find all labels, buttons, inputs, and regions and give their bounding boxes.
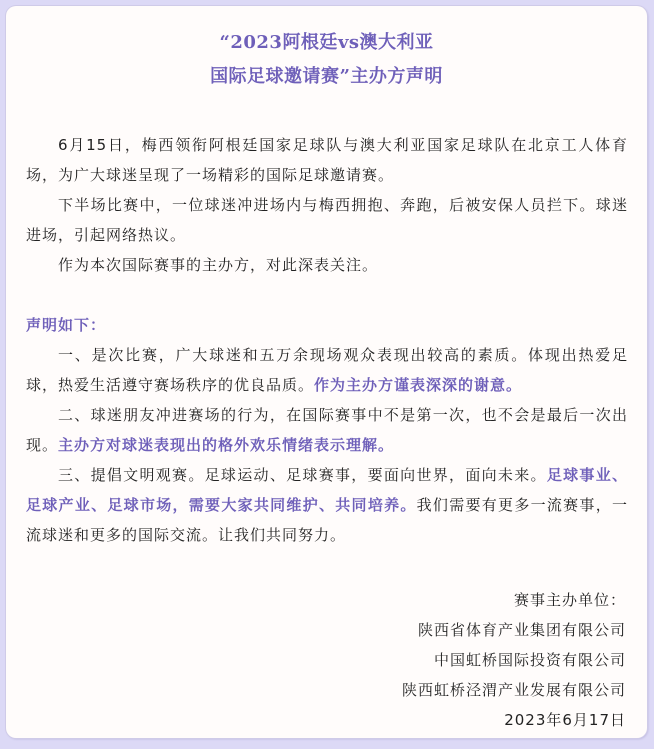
title-line-2: 国际足球邀请赛”主办方声明 xyxy=(6,62,647,88)
statement-item-1: 一、是次比赛，广大球迷和五万余现场观众表现出较高的素质。体现出热爱足球，热爱生活… xyxy=(26,340,628,400)
intro-paragraph-1: 6月15日，梅西领衔阿根廷国家足球队与澳大利亚国家足球队在北京工人体育场，为广大… xyxy=(26,130,628,190)
signature-label: 赛事主办单位： xyxy=(402,585,626,615)
intro-paragraph-3: 作为本次国际赛事的主办方，对此深表关注。 xyxy=(26,250,628,280)
statement-body: 6月15日，梅西领衔阿根廷国家足球队与澳大利亚国家足球队在北京工人体育场，为广大… xyxy=(26,130,628,550)
statement-item-3-text: 三、提倡文明观赛。足球运动、足球赛事，要面向世界，面向未来。 xyxy=(58,466,547,484)
organizer-2: 中国虹桥国际投资有限公司 xyxy=(402,645,626,675)
title-year: 2023 xyxy=(230,32,282,53)
title-open-quote: “ xyxy=(219,32,230,53)
organizer-3: 陕西虹桥泾渭产业发展有限公司 xyxy=(402,675,626,705)
statement-card: “2023阿根廷vs澳大利亚 国际足球邀请赛”主办方声明 6月15日，梅西领衔阿… xyxy=(6,6,647,738)
title-team-b: 澳大利亚 xyxy=(360,32,434,53)
intro-date: 6月15日 xyxy=(58,136,125,154)
title-line-1: “2023阿根廷vs澳大利亚 xyxy=(6,28,647,54)
title-vs: vs xyxy=(338,32,360,53)
statement-item-2-highlight: 主办方对球迷表现出的格外欢乐情绪表示理解。 xyxy=(58,436,394,454)
statement-item-1-highlight: 作为主办方谨表深深的谢意。 xyxy=(314,376,522,394)
signature-block: 赛事主办单位： 陕西省体育产业集团有限公司 中国虹桥国际投资有限公司 陕西虹桥泾… xyxy=(402,585,626,735)
organizer-1: 陕西省体育产业集团有限公司 xyxy=(402,615,626,645)
signature-date: 2023年6月17日 xyxy=(402,705,626,735)
statement-item-3: 三、提倡文明观赛。足球运动、足球赛事，要面向世界，面向未来。足球事业、足球产业、… xyxy=(26,460,628,550)
statement-item-2: 二、球迷朋友冲进赛场的行为，在国际赛事中不是第一次，也不会是最后一次出现。主办方… xyxy=(26,400,628,460)
title-event: 国际足球邀请赛 xyxy=(210,66,340,87)
intro-paragraph-2: 下半场比赛中，一位球迷冲进场内与梅西拥抱、奔跑，后被安保人员拦下。球迷进场，引起… xyxy=(26,190,628,250)
title-close-quote: ” xyxy=(340,66,351,87)
statement-heading: 声明如下： xyxy=(26,310,628,340)
title-statement: 主办方声明 xyxy=(350,66,443,87)
title-team-a: 阿根廷 xyxy=(282,32,338,53)
